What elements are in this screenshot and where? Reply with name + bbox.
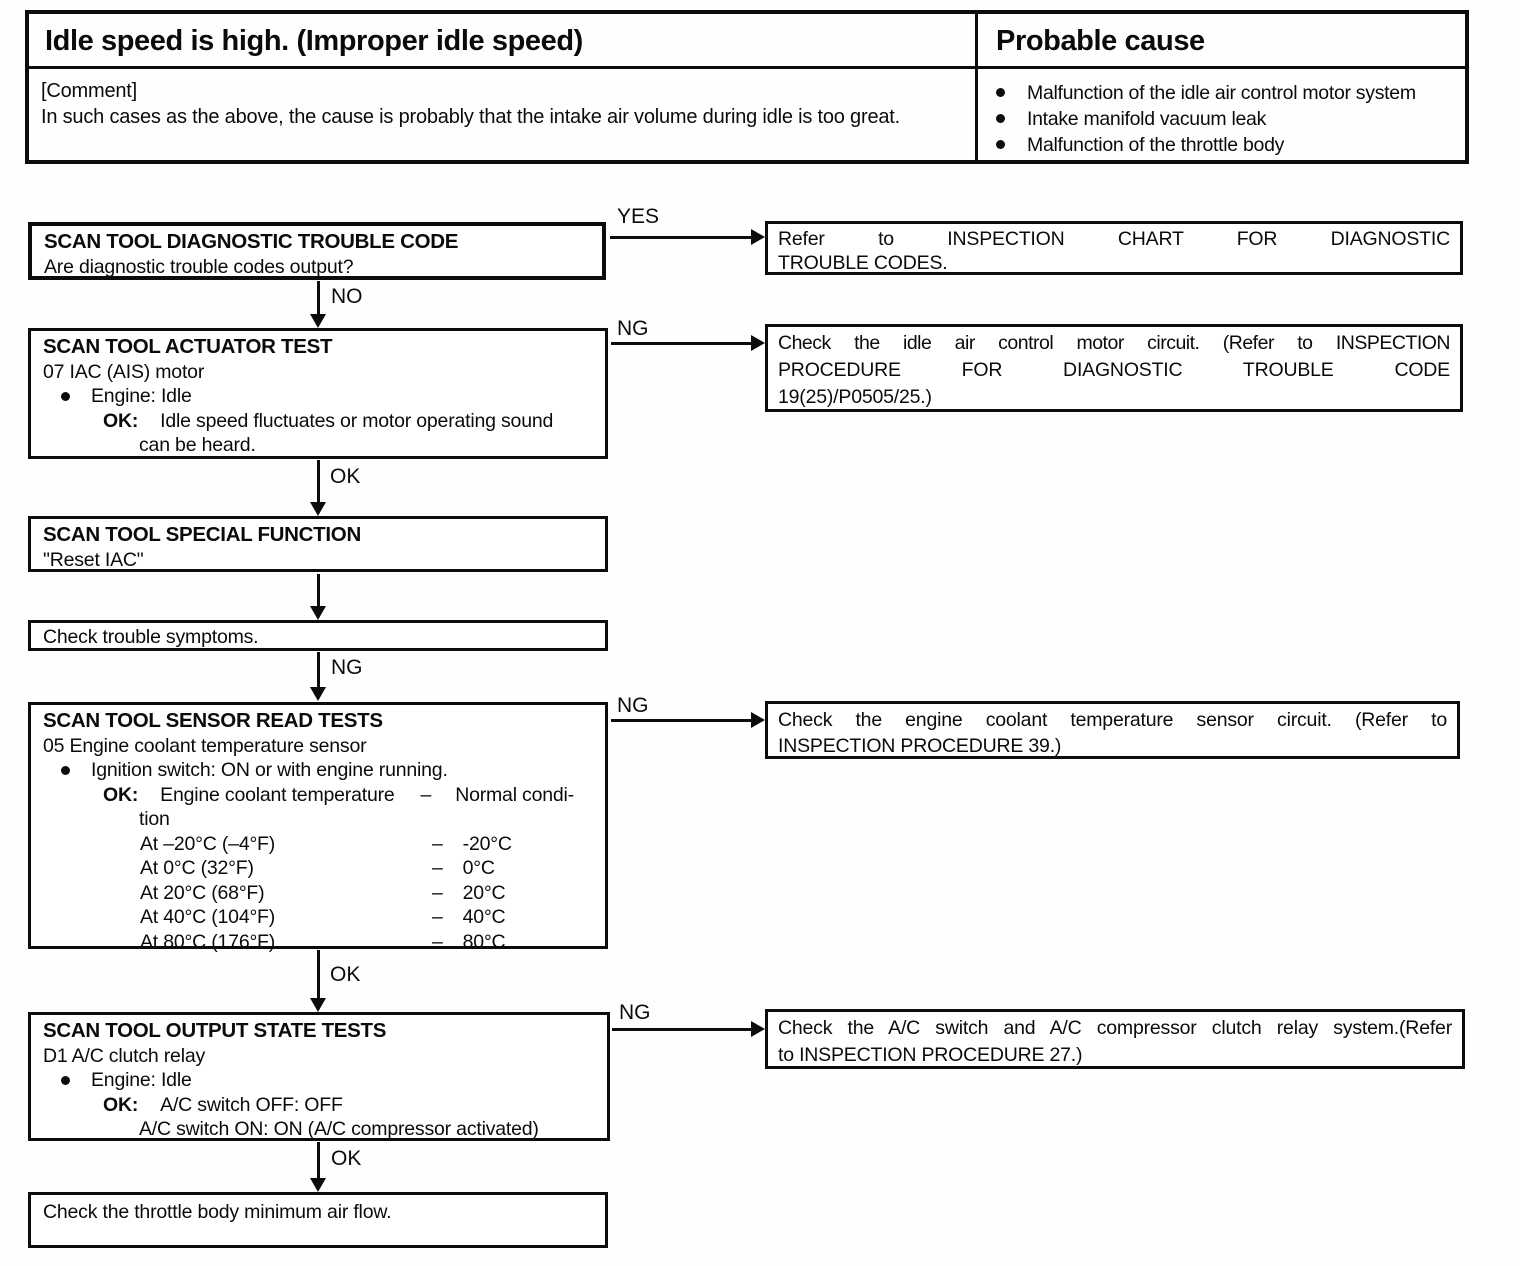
ok-condition-text: A/C switch OFF: OFF (160, 1093, 343, 1118)
temp-value: 80°C (463, 930, 506, 955)
result-box-iac-motor-circuit: Check the idle air control motor circuit… (765, 324, 1463, 412)
symptom-title: Idle speed is high. (Improper idle speed… (29, 14, 975, 66)
right-arrow (611, 719, 751, 722)
step-subtitle: 05 Engine coolant temperature sensor (43, 734, 593, 759)
step-text: Check the throttle body minimum air flow… (43, 1200, 593, 1225)
ok-condition-label: OK: (103, 783, 138, 808)
comment-cell: [Comment] In such cases as the above, th… (29, 69, 975, 160)
step-box-output-state-tests: SCAN TOOL OUTPUT STATE TESTS D1 A/C clut… (28, 1012, 610, 1141)
ng-label: NG (617, 317, 649, 341)
temp-condition: At –20°C (–4°F) (140, 832, 432, 857)
step-box-check-symptoms: Check trouble symptoms. (28, 620, 608, 651)
temperature-row: At 0°C (32°F) – 0°C (140, 856, 593, 881)
ok-condition-wrap: tion (139, 807, 593, 832)
result-line: PROCEDURE FOR DIAGNOSTIC TROUBLE CODE (778, 357, 1450, 384)
ng-label: NG (617, 694, 649, 718)
temp-condition: At 40°C (104°F) (140, 905, 432, 930)
header-body-row: [Comment] In such cases as the above, th… (29, 69, 1465, 160)
result-line: Check the engine coolant temperature sen… (778, 707, 1447, 733)
right-arrow (612, 1028, 751, 1031)
ok-condition-row: OK: Engine coolant temperature – Normal … (43, 783, 593, 808)
bullet-text: Engine: Idle (91, 1068, 192, 1093)
ok-condition-row: OK: Idle speed fluctuates or motor opera… (43, 409, 593, 434)
bullet-icon (996, 140, 1005, 149)
comment-text: In such cases as the above, the cause is… (41, 104, 949, 130)
step-title: SCAN TOOL DIAGNOSTIC TROUBLE CODE (44, 230, 590, 255)
comment-label: [Comment] (41, 78, 949, 104)
step-title: SCAN TOOL OUTPUT STATE TESTS (43, 1019, 595, 1044)
bullet-icon (61, 1076, 70, 1085)
cause-text: Malfunction of the idle air control moto… (1027, 80, 1416, 106)
temp-condition: At 0°C (32°F) (140, 856, 432, 881)
header-title-row: Idle speed is high. (Improper idle speed… (29, 14, 1465, 69)
result-line: TROUBLE CODES. (778, 251, 1450, 275)
ok-label: OK (331, 1147, 361, 1171)
result-box-coolant-sensor-circuit: Check the engine coolant temperature sen… (765, 701, 1460, 759)
result-line: to INSPECTION PROCEDURE 27.) (778, 1042, 1452, 1069)
step-subtitle: D1 A/C clutch relay (43, 1044, 595, 1069)
list-item: Malfunction of the throttle body (992, 132, 1457, 158)
temperature-row: At –20°C (–4°F) – -20°C (140, 832, 593, 857)
ng-label: NG (619, 1001, 651, 1025)
result-line: Refer to INSPECTION CHART FOR DIAGNOSTIC (778, 227, 1450, 251)
dash-separator: – (432, 832, 443, 857)
step-title: SCAN TOOL SENSOR READ TESTS (43, 709, 593, 734)
down-arrow (317, 460, 320, 502)
temp-value: 0°C (463, 856, 495, 881)
down-arrow (317, 652, 320, 687)
list-item: Malfunction of the idle air control moto… (992, 80, 1457, 106)
down-arrow (317, 1142, 320, 1178)
down-arrow (317, 950, 320, 998)
temp-value: 20°C (463, 881, 506, 906)
bullet-icon (996, 114, 1005, 123)
troubleshooting-flowchart-page: Idle speed is high. (Improper idle speed… (0, 0, 1520, 1266)
right-arrow (611, 342, 751, 345)
ok-condition-wrap: A/C switch ON: ON (A/C compressor activa… (139, 1117, 595, 1142)
temperature-row: At 20°C (68°F) – 20°C (140, 881, 593, 906)
bullet-row: Engine: Idle (43, 1068, 595, 1093)
no-label: NO (331, 285, 363, 309)
temp-value: 40°C (463, 905, 506, 930)
result-box-ac-clutch-relay: Check the A/C switch and A/C compressor … (765, 1009, 1465, 1069)
temp-condition: At 80°C (176°F) (140, 930, 432, 955)
dash-separator: – (421, 783, 432, 808)
symptom-header-table: Idle speed is high. (Improper idle speed… (25, 10, 1469, 164)
step-subtitle: 07 IAC (AIS) motor (43, 360, 593, 385)
bullet-row: Engine: Idle (43, 384, 593, 409)
ok-condition-wrap: can be heard. (139, 433, 593, 458)
step-box-throttle-body-airflow: Check the throttle body minimum air flow… (28, 1192, 608, 1248)
temp-value: -20°C (463, 832, 512, 857)
result-line: Check the A/C switch and A/C compressor … (778, 1015, 1452, 1042)
bullet-text: Ignition switch: ON or with engine runni… (91, 758, 448, 783)
step-box-special-function: SCAN TOOL SPECIAL FUNCTION "Reset IAC" (28, 516, 608, 572)
ok-condition-label: OK: (103, 409, 138, 434)
ng-label: NG (331, 656, 363, 680)
dash-separator: – (432, 905, 443, 930)
right-arrow (610, 236, 751, 239)
bullet-icon (61, 766, 70, 775)
probable-cause-list: Malfunction of the idle air control moto… (975, 69, 1465, 160)
result-line: 19(25)/P0505/25.) (778, 384, 1450, 411)
step-title: SCAN TOOL SPECIAL FUNCTION (43, 523, 593, 548)
step-subtitle: "Reset IAC" (43, 548, 593, 573)
step-box-diagnostic-trouble-code: SCAN TOOL DIAGNOSTIC TROUBLE CODE Are di… (28, 222, 606, 280)
ok-label: OK (330, 963, 360, 987)
bullet-icon (996, 88, 1005, 97)
cause-text: Intake manifold vacuum leak (1027, 106, 1266, 132)
ok-condition-tail: Normal condi- (455, 783, 574, 808)
probable-cause-title: Probable cause (975, 14, 1465, 66)
step-question: Are diagnostic trouble codes output? (44, 255, 590, 280)
ok-condition-text: Engine coolant temperature (160, 783, 394, 808)
ok-condition-text: Idle speed fluctuates or motor operating… (160, 409, 553, 434)
bullet-row: Ignition switch: ON or with engine runni… (43, 758, 593, 783)
step-box-sensor-read-tests: SCAN TOOL SENSOR READ TESTS 05 Engine co… (28, 702, 608, 949)
down-arrow (317, 574, 320, 606)
step-title: SCAN TOOL ACTUATOR TEST (43, 335, 593, 360)
temperature-row: At 40°C (104°F) – 40°C (140, 905, 593, 930)
ok-condition-label: OK: (103, 1093, 138, 1118)
list-item: Intake manifold vacuum leak (992, 106, 1457, 132)
bullet-text: Engine: Idle (91, 384, 192, 409)
yes-label: YES (617, 205, 659, 229)
step-text: Check trouble symptoms. (43, 625, 593, 650)
result-box-inspection-chart: Refer to INSPECTION CHART FOR DIAGNOSTIC… (765, 221, 1463, 275)
ok-condition-row: OK: A/C switch OFF: OFF (43, 1093, 595, 1118)
ok-label: OK (330, 465, 360, 489)
cause-text: Malfunction of the throttle body (1027, 132, 1284, 158)
step-box-actuator-test: SCAN TOOL ACTUATOR TEST 07 IAC (AIS) mot… (28, 328, 608, 459)
temperature-row: At 80°C (176°F) – 80°C (140, 930, 593, 955)
result-line: Check the idle air control motor circuit… (778, 330, 1450, 357)
result-line: INSPECTION PROCEDURE 39.) (778, 733, 1447, 759)
dash-separator: – (432, 930, 443, 955)
dash-separator: – (432, 881, 443, 906)
dash-separator: – (432, 856, 443, 881)
bullet-icon (61, 392, 70, 401)
temp-condition: At 20°C (68°F) (140, 881, 432, 906)
down-arrow (317, 281, 320, 314)
